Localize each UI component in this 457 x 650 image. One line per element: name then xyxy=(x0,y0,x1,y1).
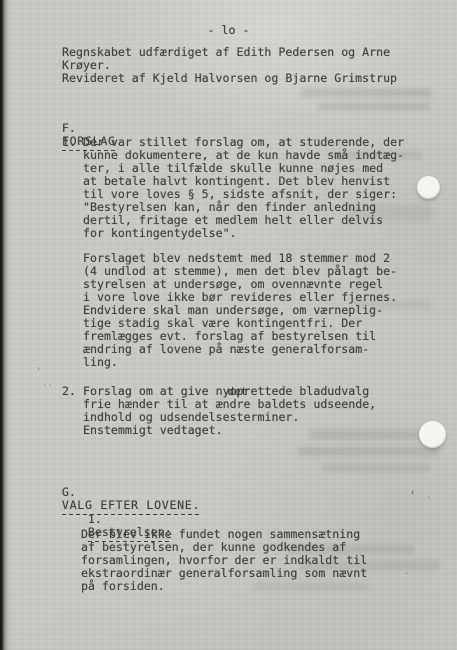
list-item-number: 1. xyxy=(88,512,102,526)
page-number: - lo - xyxy=(0,24,457,37)
section-g-letter: G. xyxy=(62,485,76,499)
punch-hole xyxy=(417,176,440,199)
list-item-number: 1. xyxy=(62,136,76,149)
intro-text: Regnskabet udfærdiget af Edith Pedersen … xyxy=(62,46,397,85)
ink-speck: .. xyxy=(42,380,53,389)
paragraph-f1a: Der var stillet forslag om, at studerend… xyxy=(83,136,404,240)
paragraph-g1: Der blev ikke fundet nogen sammensætning… xyxy=(81,528,367,593)
ink-speck: . xyxy=(426,492,431,501)
paragraph-f1b: Forslaget blev nedstemt med 18 stemmer m… xyxy=(83,252,397,369)
punch-hole xyxy=(419,421,446,448)
bleed-through-smudge xyxy=(318,103,430,110)
list-item-number: 2. xyxy=(62,385,76,398)
ink-speck: ‹ xyxy=(410,489,415,498)
bleed-through-smudge xyxy=(322,464,430,472)
ink-speck: ' xyxy=(36,368,41,377)
paragraph-f2: Forslag om at give nyoprettede bladudval… xyxy=(83,385,376,437)
scan-left-edge xyxy=(0,0,12,650)
ink-speck: . xyxy=(404,568,409,577)
section-f-letter: F. xyxy=(62,121,76,135)
bleed-through-smudge xyxy=(298,447,440,456)
scanned-document-page: - lo - Regnskabet udfærdiget af Edith Pe… xyxy=(0,0,457,650)
bleed-through-smudge xyxy=(300,89,432,97)
